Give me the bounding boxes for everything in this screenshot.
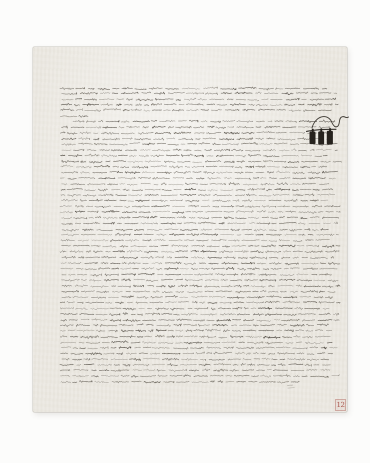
- folio-number-stamp: 12: [335, 399, 346, 411]
- manuscript-page: [33, 47, 347, 412]
- scan-background: 12: [0, 0, 370, 463]
